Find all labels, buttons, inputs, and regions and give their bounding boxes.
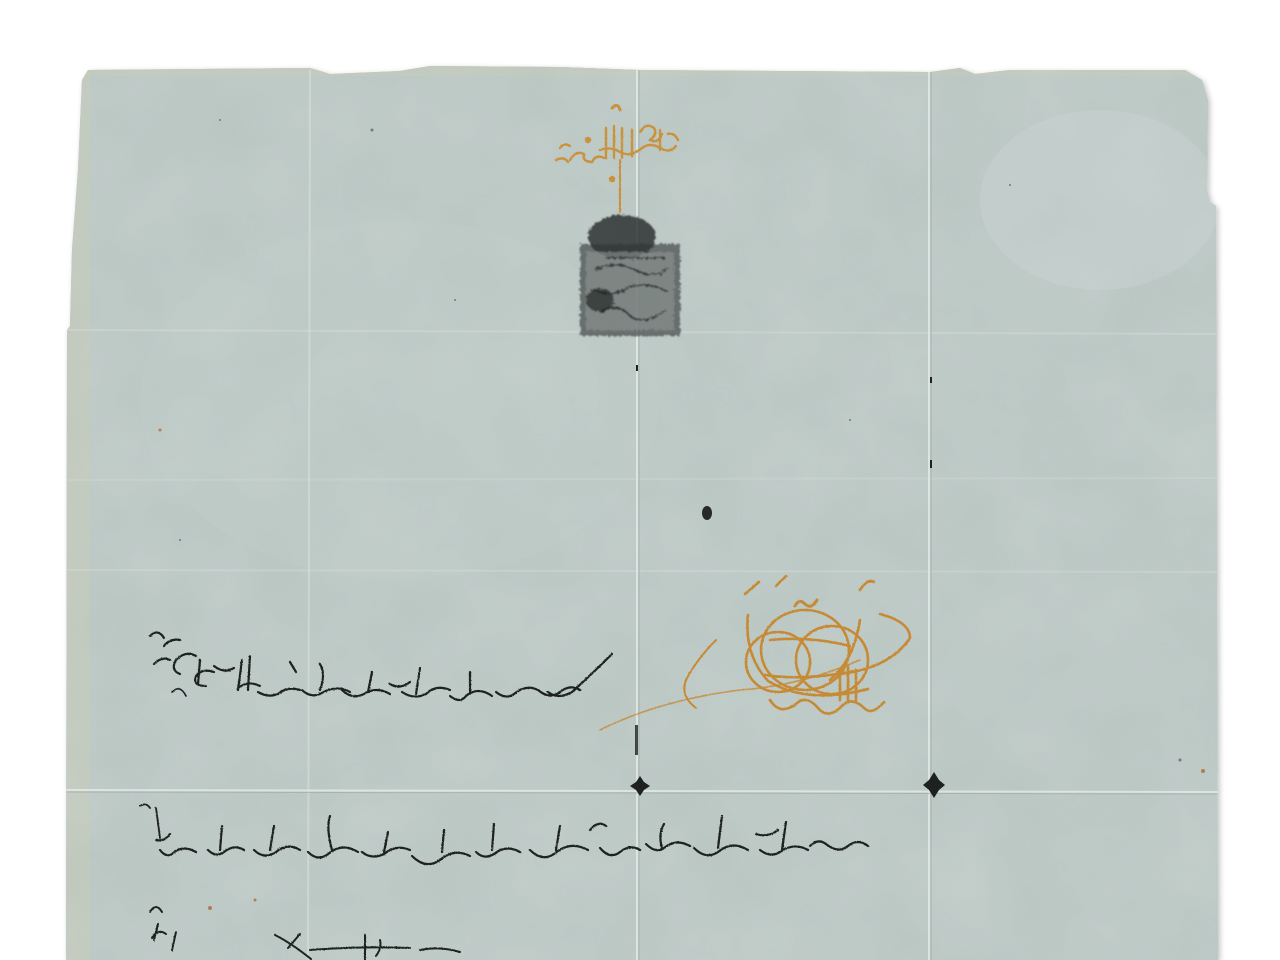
document-page: Qajar-era Persian farman (royal decree) … [0, 0, 1280, 960]
document-paper [0, 0, 1280, 960]
